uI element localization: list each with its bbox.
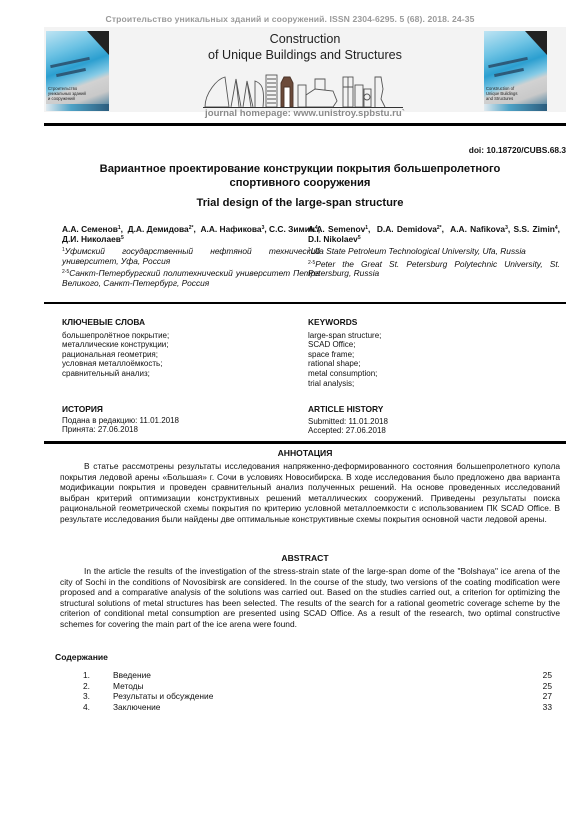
affiliation-en-1: 1Ufa State Petroleum Technological Unive…	[308, 247, 560, 257]
journal-homepage-link[interactable]: journal homepage: www.unistroy.spbstu.ru…	[190, 108, 420, 119]
keyword: space frame;	[308, 350, 560, 360]
annotation-heading: АННОТАЦИЯ	[44, 448, 566, 458]
keyword: сравнительный анализ;	[62, 369, 320, 379]
cover-bridge-shape	[50, 57, 90, 68]
toc-heading: Содержание	[55, 652, 108, 662]
cover-bridge-shape	[56, 68, 86, 77]
keyword: большепролётное покрытие;	[62, 331, 320, 341]
journal-title: Construction of Unique Buildings and Str…	[190, 31, 420, 63]
keyword: metal consumption;	[308, 369, 560, 379]
annotation-text: В статье рассмотрены результаты исследов…	[60, 461, 560, 524]
cover-corner-decoration	[525, 31, 547, 55]
keyword: SCAD Office;	[308, 340, 560, 350]
cover-title-en: Construction of Unique Buildings and Str…	[486, 86, 517, 101]
author-list-ru: А.А. Семенов1, Д.А. Демидова2*, А.А. Наф…	[62, 225, 320, 244]
history-en: ARTICLE HISTORY Submitted: 11.01.2018 Ac…	[308, 405, 560, 436]
toc-item[interactable]: 3. Результаты и обсуждение 27	[60, 691, 552, 702]
authors-block-en: A.A. Semenov1, D.A. Demidova2*, A.A. Naf…	[308, 225, 560, 279]
authors-divider	[44, 302, 566, 304]
keyword: trial analysis;	[308, 379, 560, 389]
history-ru: ИСТОРИЯ Подана в редакцию: 11.01.2018 Пр…	[62, 405, 320, 435]
keyword: условная металлоёмкость;	[62, 359, 320, 369]
cover-corner-decoration	[87, 31, 109, 55]
keyword-list-ru: большепролётное покрытие; металлические …	[62, 331, 320, 379]
keyword: large-span structure;	[308, 331, 560, 341]
skyline-logo-icon	[203, 71, 403, 109]
keyword: рациональная геометрия;	[62, 350, 320, 360]
abstract-text: In the article the results of the invest…	[60, 566, 560, 629]
journal-cover-en-image: Construction of Unique Buildings and Str…	[484, 31, 547, 111]
keyword: металлические конструкции;	[62, 340, 320, 350]
affiliation-en-2: 2-5Peter the Great St. Petersburg Polyte…	[308, 260, 560, 279]
cover-title-ru: Строительство уникальных зданий и сооруж…	[48, 86, 86, 101]
keywords-ru: КЛЮЧЕВЫЕ СЛОВА большепролётное покрытие;…	[62, 318, 320, 379]
authors-block-ru: А.А. Семенов1, Д.А. Демидова2*, А.А. Наф…	[62, 225, 320, 289]
table-of-contents: 1. Введение 25 2. Методы 25 3. Результат…	[60, 670, 552, 712]
keyword-list-en: large-span structure; SCAD Office; space…	[308, 331, 560, 389]
article-title-ru: Вариантное проектирование конструкции по…	[60, 162, 540, 190]
toc-item[interactable]: 2. Методы 25	[60, 681, 552, 692]
cover-footer-strip	[484, 104, 547, 111]
article-title-en: Trial design of the large-span structure	[60, 197, 540, 209]
abstract-heading: ABSTRACT	[44, 553, 566, 563]
cover-bridge-shape	[494, 68, 524, 77]
running-head: Строительство уникальных зданий и сооруж…	[0, 14, 580, 24]
affiliation-ru-2: 2-5Санкт-Петербургский политехнический у…	[62, 269, 320, 288]
keywords-en: KEYWORDS large-span structure; SCAD Offi…	[308, 318, 560, 388]
toc-item[interactable]: 1. Введение 25	[60, 670, 552, 681]
journal-cover-ru-image: Строительство уникальных зданий и сооруж…	[46, 31, 109, 111]
keyword: rational shape;	[308, 359, 560, 369]
affiliation-ru-1: 1Уфимский государственный нефтяной техни…	[62, 247, 320, 266]
cover-bridge-shape	[488, 57, 528, 68]
doi-link[interactable]: doi: 10.18720/CUBS.68.3	[469, 145, 566, 155]
header-divider	[44, 123, 566, 126]
author-list-en: A.A. Semenov1, D.A. Demidova2*, A.A. Naf…	[308, 225, 560, 244]
cover-footer-strip	[46, 104, 109, 111]
toc-item[interactable]: 4. Заключение 33	[60, 702, 552, 713]
history-divider	[44, 441, 566, 444]
